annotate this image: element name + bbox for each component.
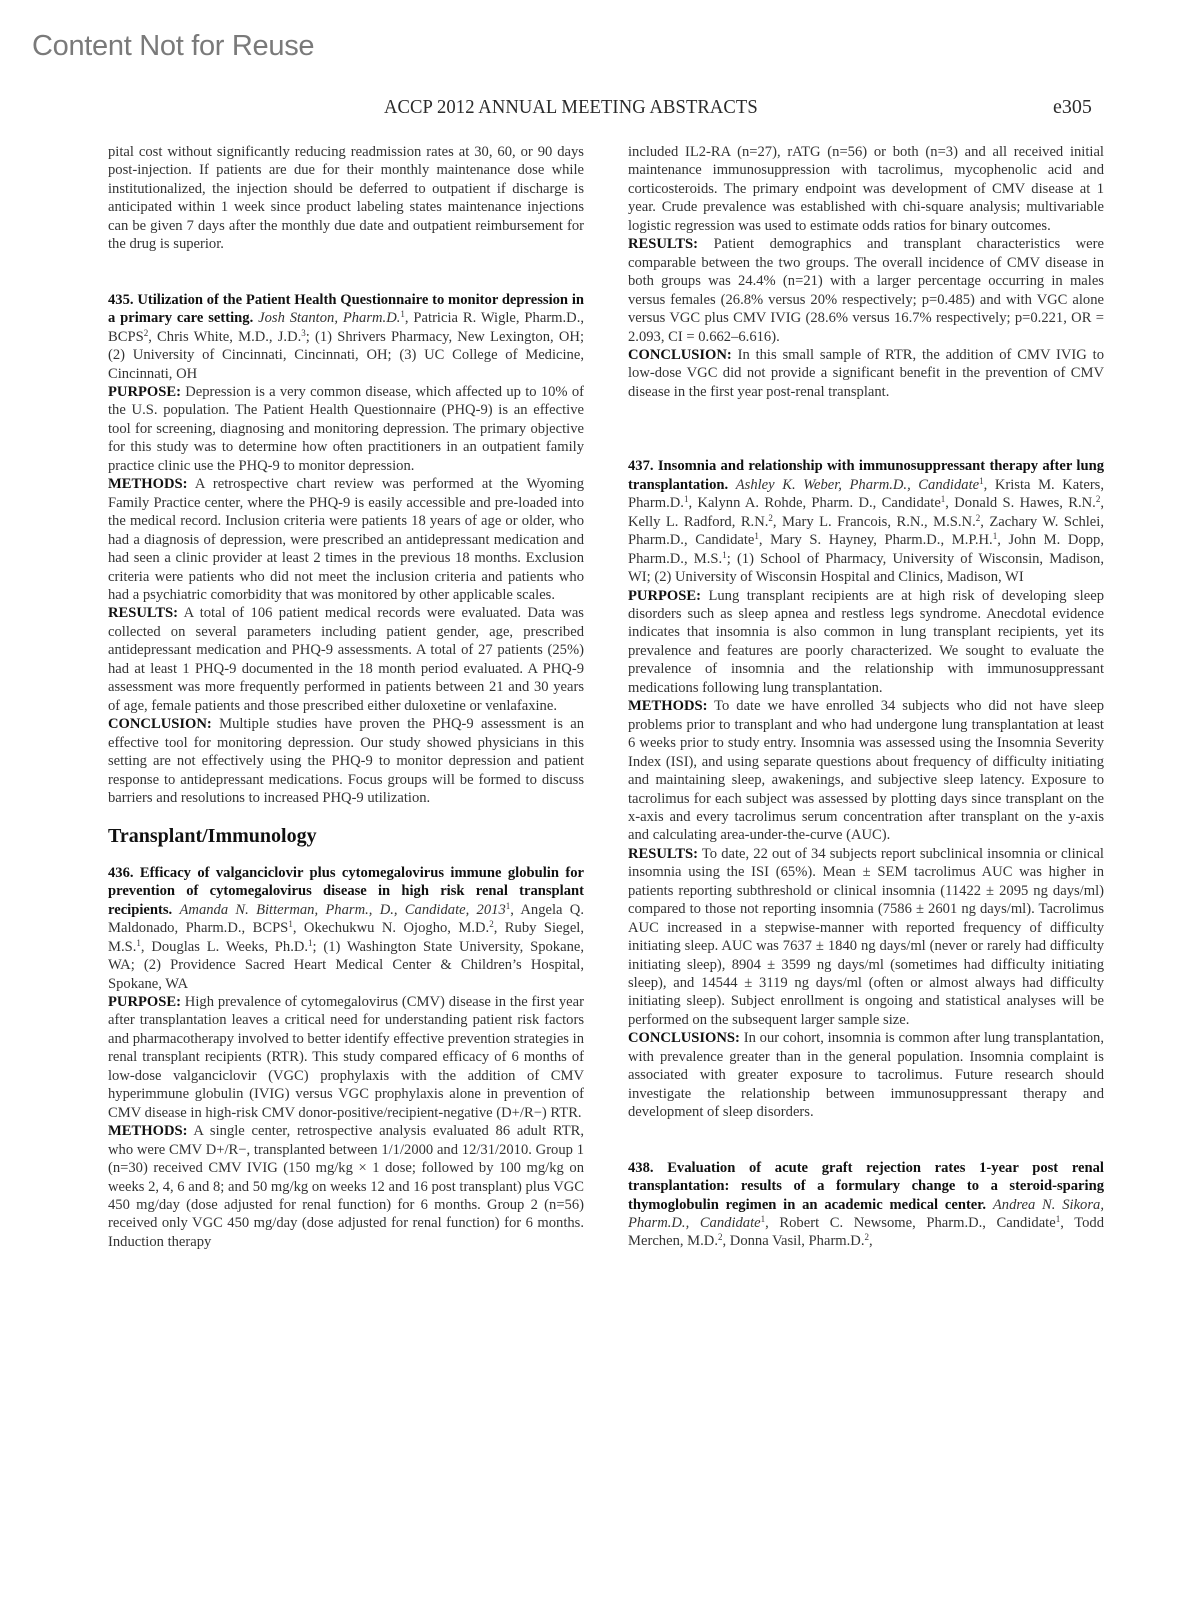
section-label: RESULTS: — [628, 236, 698, 252]
section-label: PURPOSE: — [108, 994, 181, 1010]
section-purpose: PURPOSE: High prevalence of cytomegalovi… — [108, 993, 584, 1122]
section-label: CONCLUSION: — [628, 347, 732, 363]
section-text: To date we have enrolled 34 subjects who… — [628, 698, 1104, 843]
section-text: A total of 106 patient medical records w… — [108, 605, 584, 713]
section-label: CONCLUSIONS: — [628, 1030, 740, 1046]
abstract-header: 436. Efficacy of valganciclovir plus cyt… — [108, 864, 584, 993]
section-text: A single center, retrospective analysis … — [108, 1123, 584, 1250]
section-results: RESULTS: To date, 22 out of 34 subjects … — [628, 845, 1104, 1030]
abstract-436: 436. Efficacy of valganciclovir plus cyt… — [108, 864, 584, 1252]
section-purpose: PURPOSE: Lung transplant recipients are … — [628, 587, 1104, 698]
abstract-header: 437. Insomnia and relationship with immu… — [628, 457, 1104, 586]
section-methods: METHODS: A single center, retrospective … — [108, 1122, 584, 1251]
first-author: Amanda N. Bitterman, Pharm., D., Candida… — [179, 902, 505, 918]
abstract-437: 437. Insomnia and relationship with immu… — [628, 457, 1104, 1121]
abstract-438: 438. Evaluation of acute graft rejection… — [628, 1159, 1104, 1251]
abstract-header: 438. Evaluation of acute graft rejection… — [628, 1159, 1104, 1251]
author: , Kalynn A. Rohde, Pharm. D., Candidate — [688, 495, 940, 511]
section-text: A retrospective chart review was perform… — [108, 476, 584, 603]
author: , — [869, 1233, 873, 1249]
author: , Mary L. Francois, R.N., M.S.N. — [773, 514, 976, 530]
author: , Douglas L. Weeks, Ph.D. — [141, 939, 308, 955]
author: , Donna Vasil, Pharm.D. — [722, 1233, 864, 1249]
first-author: Ashley K. Weber, Pharm.D., Candidate — [736, 477, 979, 493]
section-label: METHODS: — [108, 1123, 187, 1139]
page-number: e305 — [1053, 96, 1092, 119]
journal-section-title: ACCP 2012 ANNUAL MEETING ABSTRACTS — [384, 96, 758, 119]
section-label: RESULTS: — [628, 846, 698, 862]
methods-continuation: included IL2-RA (n=27), rATG (n=56) or b… — [628, 143, 1104, 235]
section-results: RESULTS: A total of 106 patient medical … — [108, 604, 584, 715]
author: , Donald S. Hawes, R.N. — [945, 495, 1096, 511]
running-head: ACCP 2012 ANNUAL MEETING ABSTRACTS e305 — [0, 96, 1200, 126]
section-label: PURPOSE: — [628, 588, 701, 604]
section-text: Patient demographics and transplant char… — [628, 236, 1104, 344]
section-methods: METHODS: A retrospective chart review wa… — [108, 475, 584, 604]
section-text: To date, 22 out of 34 subjects report su… — [628, 846, 1104, 1028]
section-label: METHODS: — [628, 698, 707, 714]
author: , Mary S. Hayney, Pharm.D., M.P.H. — [759, 532, 993, 548]
section-label: PURPOSE: — [108, 384, 181, 400]
section-label: CONCLUSION: — [108, 716, 212, 732]
abstract-436-continued: included IL2-RA (n=27), rATG (n=56) or b… — [628, 143, 1104, 401]
section-label: METHODS: — [108, 476, 187, 492]
author: , Chris White, M.D., J.D. — [148, 329, 301, 345]
first-author: Josh Stanton, Pharm.D. — [258, 310, 400, 326]
author: , Okechukwu N. Ojogho, M.D. — [293, 920, 489, 936]
continued-paragraph: pital cost without significantly reducin… — [108, 143, 584, 254]
section-text: High prevalence of cytomegalovirus (CMV)… — [108, 994, 584, 1121]
left-column: pital cost without significantly reducin… — [108, 143, 584, 1251]
section-conclusions: CONCLUSIONS: In our cohort, insomnia is … — [628, 1029, 1104, 1121]
author: , Robert C. Newsome, Pharm.D., Candidate — [765, 1215, 1056, 1231]
right-column: included IL2-RA (n=27), rATG (n=56) or b… — [628, 143, 1104, 1251]
watermark: Content Not for Reuse — [32, 30, 314, 63]
section-label: RESULTS: — [108, 605, 178, 621]
section-conclusion: CONCLUSION: Multiple studies have proven… — [108, 715, 584, 807]
section-results: RESULTS: Patient demographics and transp… — [628, 235, 1104, 346]
section-purpose: PURPOSE: Depression is a very common dis… — [108, 383, 584, 475]
section-conclusion: CONCLUSION: In this small sample of RTR,… — [628, 346, 1104, 401]
section-methods: METHODS: To date we have enrolled 34 sub… — [628, 697, 1104, 845]
abstract-435: 435. Utilization of the Patient Health Q… — [108, 291, 584, 808]
section-heading: Transplant/Immunology — [108, 827, 584, 845]
abstract-header: 435. Utilization of the Patient Health Q… — [108, 291, 584, 383]
